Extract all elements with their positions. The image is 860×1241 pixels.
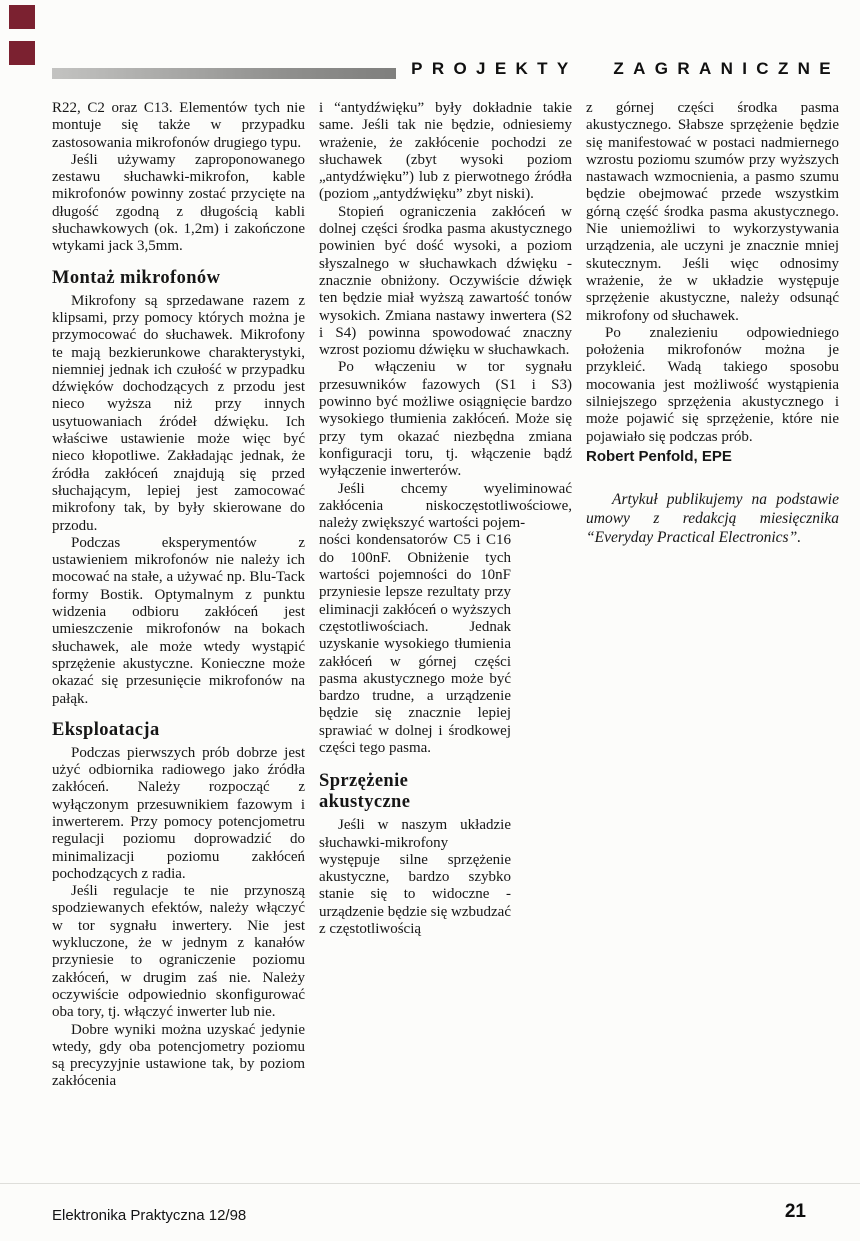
header-rule-bar <box>52 68 396 79</box>
column-1: R22, C2 oraz C13. Elementów tych nie mon… <box>52 100 305 1091</box>
paragraph: Dobre wyniki można uzyskać jedynie wtedy… <box>52 1022 305 1091</box>
section-heading-montaz-mikrofonow: Montaż mikrofonów <box>52 268 305 289</box>
corner-marker-bottom-icon <box>9 41 35 65</box>
section-title: PROJEKTY ZAGRANICZNE <box>411 59 840 79</box>
section-heading-sprzezenie-akustyczne: Sprzężenie akustyczne <box>319 771 469 813</box>
paragraph: Jeśli w naszym układzie słuchawki-mikrof… <box>319 817 511 938</box>
column-2: i “antydźwięku” były dokładnie takie sam… <box>319 100 572 938</box>
paragraph: Jeśli chcemy wyeliminować zakłócenia nis… <box>319 481 572 533</box>
author-byline: Robert Penfold, EPE <box>586 448 839 466</box>
magazine-page: PROJEKTY ZAGRANICZNE R22, C2 oraz C13. E… <box>0 0 860 1241</box>
narrow-text-block: ności kondensatorów C5 i C16 do 100nF. O… <box>319 532 511 938</box>
article-body: R22, C2 oraz C13. Elementów tych nie mon… <box>52 100 839 1091</box>
paragraph: Po włączeniu w tor sygnału przesuwników … <box>319 359 572 480</box>
paragraph: i “antydźwięku” były dokładnie takie sam… <box>319 100 572 204</box>
paragraph: Mikrofony są sprzedawane razem z klipsam… <box>52 293 305 535</box>
paragraph: Po znalezieniu odpowiedniego położenia m… <box>586 325 839 446</box>
paragraph: Jeśli używamy zaproponowanego zestawu sł… <box>52 152 305 256</box>
journal-name: Elektronika Praktyczna 12/98 <box>52 1207 246 1224</box>
paragraph: Podczas pierwszych prób dobrze jest użyć… <box>52 745 305 883</box>
paragraph: ności kondensatorów C5 i C16 do 100nF. O… <box>319 532 511 757</box>
paragraph: R22, C2 oraz C13. Elementów tych nie mon… <box>52 100 305 152</box>
corner-marker-top-icon <box>9 5 35 29</box>
paragraph: Podczas eksperymentów z ustawieniem mikr… <box>52 535 305 708</box>
page-number: 21 <box>785 1201 806 1223</box>
paragraph: z górnej części środka pasma akustyczneg… <box>586 100 839 325</box>
column-3: z górnej części środka pasma akustyczneg… <box>586 100 839 547</box>
paragraph: Jeśli regulacje te nie przynoszą spodzie… <box>52 883 305 1021</box>
footer-rule <box>0 1183 860 1184</box>
section-heading-eksploatacja: Eksploatacja <box>52 720 305 741</box>
paragraph: Stopień ograniczenia zakłóceń w dolnej c… <box>319 204 572 360</box>
publication-attribution: Artykuł publikujemy na podstawie umowy z… <box>586 490 839 547</box>
